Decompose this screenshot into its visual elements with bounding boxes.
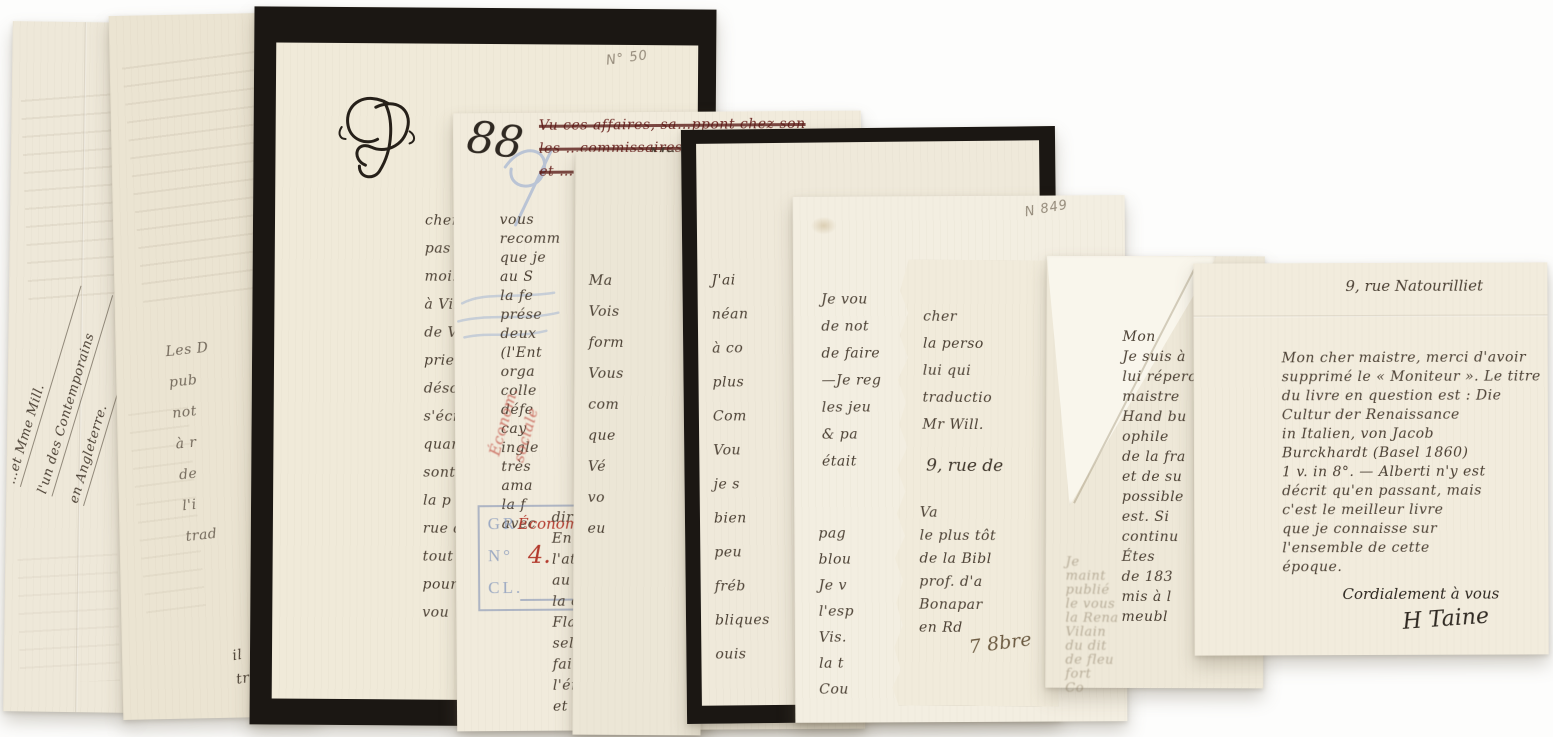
manuscript-line: peu [714,545,769,560]
photographed-letter-lot: …et Mme Mill.l'un des Contemporainsen An… [0,0,1553,737]
manuscript-line: Vilain [1065,626,1118,639]
letter-sheet-8-torn: cherla persolui quitraductioMr Will. 9, … [890,259,1061,706]
manuscript-line: Vou [713,443,768,458]
manuscript-line: l'esp [819,605,854,619]
inventory-number-88: 88 [464,112,526,170]
manuscript-line: fort [1065,668,1118,681]
manuscript-line: vo [588,491,624,505]
manuscript-line: c'est le meilleur livre [1282,502,1541,517]
manuscript-line: prof. d'a [919,575,996,590]
manuscript-line: de la fra [1122,450,1196,464]
manuscript-line: blou [818,553,853,567]
manuscript-line: recomm [500,232,561,246]
fold-crease [1193,314,1547,317]
manuscript-line: ophile [1122,430,1196,444]
manuscript-line: le vous [1066,598,1119,611]
manuscript-line: du dit [1065,640,1118,653]
manuscript-line: de [178,464,222,483]
manuscript-line: mis à l [1122,590,1196,604]
manuscript-line: eu [588,522,624,536]
manuscript-line: maistre [1122,390,1196,404]
manuscript-line: Cultur der Renaissance [1282,407,1541,422]
manuscript-line: com [588,398,624,412]
manuscript-column: Les Dpubnotà rdel'itrad [165,341,229,544]
manuscript-column: Je voude notde faire—Je regles jeu& paét… [821,292,882,468]
manuscript-line: in Italien, von Jacob [1282,426,1541,441]
address-fragment: 9, rue de [926,456,1003,477]
manuscript-line: possible [1122,490,1196,504]
manuscript-line: cher [923,310,993,324]
manuscript-line: décrit qu'en passant, mais [1282,483,1541,498]
manuscript-line: que [588,429,624,443]
manuscript-line: Les D [165,341,209,360]
manuscript-line: que je [500,251,561,265]
manuscript-line: Vous [588,367,624,381]
manuscript-line: je s [714,477,769,492]
manuscript-line: Vis. [819,631,854,645]
manuscript-line: Mon cher maistre, merci d'avoir [1282,350,1541,365]
manuscript-line: Co [1065,682,1118,695]
manuscript-line: était [822,454,882,468]
manuscript-line: le plus tôt [920,529,997,544]
manuscript-column: MaVoisformVouscomqueVévoeu [588,274,625,536]
manuscript-line: vous [500,213,561,227]
manuscript-line: & pa [822,427,882,441]
manuscript-line: plus [712,375,767,390]
manuscript-line: est. Si [1122,510,1196,524]
manuscript-line: de la Bibl [919,552,996,567]
manuscript-line: Burckhardt (Basel 1860) [1282,445,1541,460]
manuscript-line: Mr Will. [922,418,992,432]
manuscript-line: au S [500,270,561,284]
manuscript-line: Hand bu [1122,410,1196,424]
manuscript-column-lower: Jemaintpubliéle vousla RenaVilaindu ditd… [1065,556,1119,695]
manuscript-line: not [172,402,216,421]
manuscript-column: cherla persolui quitraductioMr Will. [922,310,992,432]
manuscript-line: lui réperc [1122,370,1196,384]
manuscript-line: de not [821,319,881,333]
foxing-stain [811,217,837,235]
address-line: 9, rue Natourilliet [1345,277,1483,295]
manuscript-column-lower: pagblouJe vl'espVis.la tCou [818,527,854,697]
manuscript-line: Ma [589,274,625,288]
manuscript-line: néan [712,307,767,322]
manuscript-line: form [588,336,624,350]
manuscript-column: J'ainéanà coplusComVouje sbienpeufrébbli… [711,273,770,662]
letter-body: Mon cher maistre, merci d'avoirsupprimé … [1282,350,1542,574]
manuscript-line: bliques [715,613,770,628]
manuscript-line: que je connaisse sur [1282,521,1541,536]
manuscript-line: 1 v. in 8°. — Alberti n'y est [1282,464,1541,479]
manuscript-line: en Rd [919,621,996,636]
manuscript-line: l'ensemble de cette [1282,540,1541,555]
pencil-lot-number: N° 50 [605,48,649,68]
closing-line: Cordialement à vous [1342,585,1499,604]
manuscript-line: trad [185,526,229,545]
manuscript-line: la t [819,657,854,671]
manuscript-line: Vois [589,305,625,319]
manuscript-line: Com [713,409,768,424]
manuscript-line: continu [1122,530,1196,544]
letter-sheet-10-taine: 9, rue Natourilliet Mon cher maistre, me… [1193,262,1548,655]
closing-column: Vale plus tôtde la Biblprof. d'aBonapare… [919,506,996,636]
intertwined-initials-monogram-icon [327,87,424,188]
manuscript-line: à r [175,433,219,452]
manuscript-line: Je [1066,556,1119,569]
manuscript-line: de fleu [1065,654,1118,667]
manuscript-line: Vé [588,460,624,474]
manuscript-line: Je v [819,579,854,593]
manuscript-line: pub [168,371,212,390]
manuscript-line: très [501,460,562,474]
manuscript-line: pag [818,527,853,541]
manuscript-line: la Rena [1065,612,1118,625]
pencil-lot-number: N 849 [1024,198,1070,221]
manuscript-line: Je vou [821,292,881,306]
manuscript-column: MonJe suis àlui répercmaistreHand buophi… [1121,330,1196,624]
manuscript-line: la fe [500,289,561,303]
manuscript-line: à co [712,341,767,356]
stamp-row: CL. [488,579,525,596]
manuscript-line: meubl [1121,610,1195,624]
manuscript-line: traductio [923,391,993,405]
manuscript-line: lui qui [923,364,993,378]
manuscript-line: et de su [1122,470,1196,484]
manuscript-line: ama [501,479,562,493]
manuscript-line: du livre en question est : Die [1282,388,1541,403]
manuscript-line: Bonapar [919,598,996,613]
manuscript-line: Étes [1122,550,1196,564]
manuscript-line: époque. [1282,559,1541,574]
manuscript-line: prése [500,308,561,322]
manuscript-line: de faire [821,346,881,360]
manuscript-line: les jeu [822,400,882,414]
signature: H Taine [1402,604,1490,635]
manuscript-line: Mon [1122,330,1196,344]
stamp-row: N° [488,547,525,564]
manuscript-line: Va [920,506,997,521]
manuscript-line: ouis [715,647,770,662]
manuscript-line: deux [500,327,561,341]
manuscript-line: J'ai [711,273,766,288]
manuscript-line: de 183 [1122,570,1196,584]
manuscript-line: supprimé le « Moniteur ». Le titre [1282,369,1541,384]
ghost-writing [17,541,120,683]
manuscript-line: bien [714,511,769,526]
manuscript-line: maint [1066,570,1119,583]
manuscript-line: publié [1066,584,1119,597]
manuscript-line: l'i [182,495,226,514]
manuscript-line: Je suis à [1122,350,1196,364]
manuscript-line: Cou [819,683,854,697]
manuscript-line: —Je reg [822,373,882,387]
stamp-red-number: 4. [528,541,551,569]
manuscript-line: fréb [715,579,770,594]
manuscript-line: la perso [923,337,993,351]
